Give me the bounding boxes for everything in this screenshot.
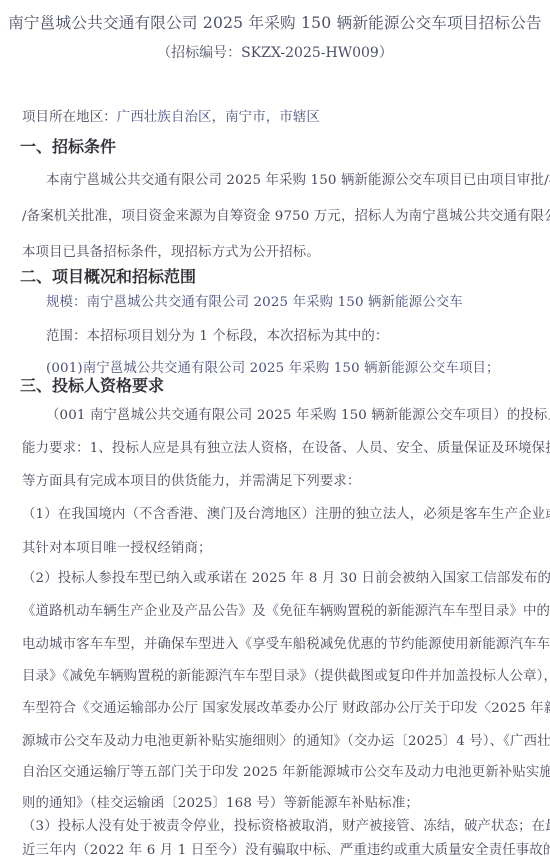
requirement-2-cont: 源城市公交车及动力电池更新补贴实施细则〉的通知》（交办运〔2025〕4 号）、《… — [22, 733, 531, 751]
requirement-1: （1）在我国境内（不含香港、澳门及台湾地区）注册的独立法人，必须是客车生产企业或 — [22, 506, 531, 524]
tender-announcement-document: 南宁邕城公共交通有限公司 2025 年采购 150 辆新能源公交车项目招标公告 … — [0, 0, 550, 856]
section-heading-tender-conditions: 一、招标条件 — [20, 137, 116, 157]
tender-code: （招标编号：SKZX-2025-HW009） — [0, 43, 550, 63]
section-3-line: 等方面具有完成本项目的供货能力，并需满足下列要求： — [22, 473, 361, 491]
section-2-scale: 规模：南宁邕城公共交通有限公司 2025 年采购 150 辆新能源公交车 — [46, 294, 463, 312]
section-3-line: （001 南宁邕城公共交通有限公司 2025 年采购 150 辆新能源公交车项目… — [46, 407, 531, 425]
requirement-3: （3）投标人没有处于被责令停业，投标资格被取消，财产被接管、冻结，破产状态；在最 — [22, 818, 531, 836]
section-2-scope: 范围：本招标项目划分为 1 个标段，本次招标为其中的： — [46, 328, 388, 346]
requirement-1-cont: 其针对本项目唯一授权经销商； — [22, 540, 212, 558]
requirement-3-cont: 近三年内（2022 年 6 月 1 日至今）没有骗取中标、严重违约或重大质量安全… — [22, 842, 531, 856]
region-label: 项目所在地区： — [22, 110, 117, 125]
section-1-line: 本项目已具备招标条件，现招标方式为公开招标。 — [22, 244, 320, 262]
section-heading-project-overview: 二、项目概况和招标范围 — [20, 267, 196, 287]
region-value: 广西壮族自治区，南宁市，市辖区 — [117, 110, 320, 125]
section-3-line: 能力要求：1、投标人应是具有独立法人资格，在设备、人员、安全、质量保证及环境保护 — [22, 440, 531, 458]
requirement-2-cont: 自治区交通运输厅等五部门关于印发 2025 年新能源城市公交车及动力电池更新补贴… — [22, 764, 531, 782]
requirement-2: （2）投标人参投车型已纳入或承诺在 2025 年 8 月 30 日前会被纳入国家… — [22, 570, 531, 588]
project-region: 项目所在地区：广西壮族自治区，南宁市，市辖区 — [22, 109, 320, 127]
requirement-2-cont: 车型符合《交通运输部办公厅 国家发展改革委办公厅 财政部办公厅关于印发〈2025… — [22, 700, 531, 718]
requirement-2-cont: 电动城市客车车型，并确保车型进入《享受车船税减免优惠的节约能源使用新能源汽车车型 — [22, 636, 531, 654]
requirement-2-cont: 目录》《减免车辆购置税的新能源汽车车型目录》（提供截图或复印件并加盖投标人公章）… — [22, 668, 531, 686]
requirement-2-cont: 《道路机动车辆生产企业及产品公告》及《免征车辆购置税的新能源汽车车型目录》中的纯 — [22, 603, 531, 621]
section-1-line: 本南宁邕城公共交通有限公司 2025 年采购 150 辆新能源公交车项目已由项目… — [46, 172, 531, 190]
document-title: 南宁邕城公共交通有限公司 2025 年采购 150 辆新能源公交车项目招标公告 — [0, 13, 550, 33]
requirement-2-cont: 则的通知》（桂交运输函〔2025〕168 号）等新能源车补贴标准； — [22, 795, 419, 813]
section-1-line: /备案机关批准，项目资金来源为自筹资金 9750 万元，招标人为南宁邕城公共交通… — [22, 208, 531, 226]
section-heading-bidder-qualifications: 三、投标人资格要求 — [20, 376, 164, 396]
